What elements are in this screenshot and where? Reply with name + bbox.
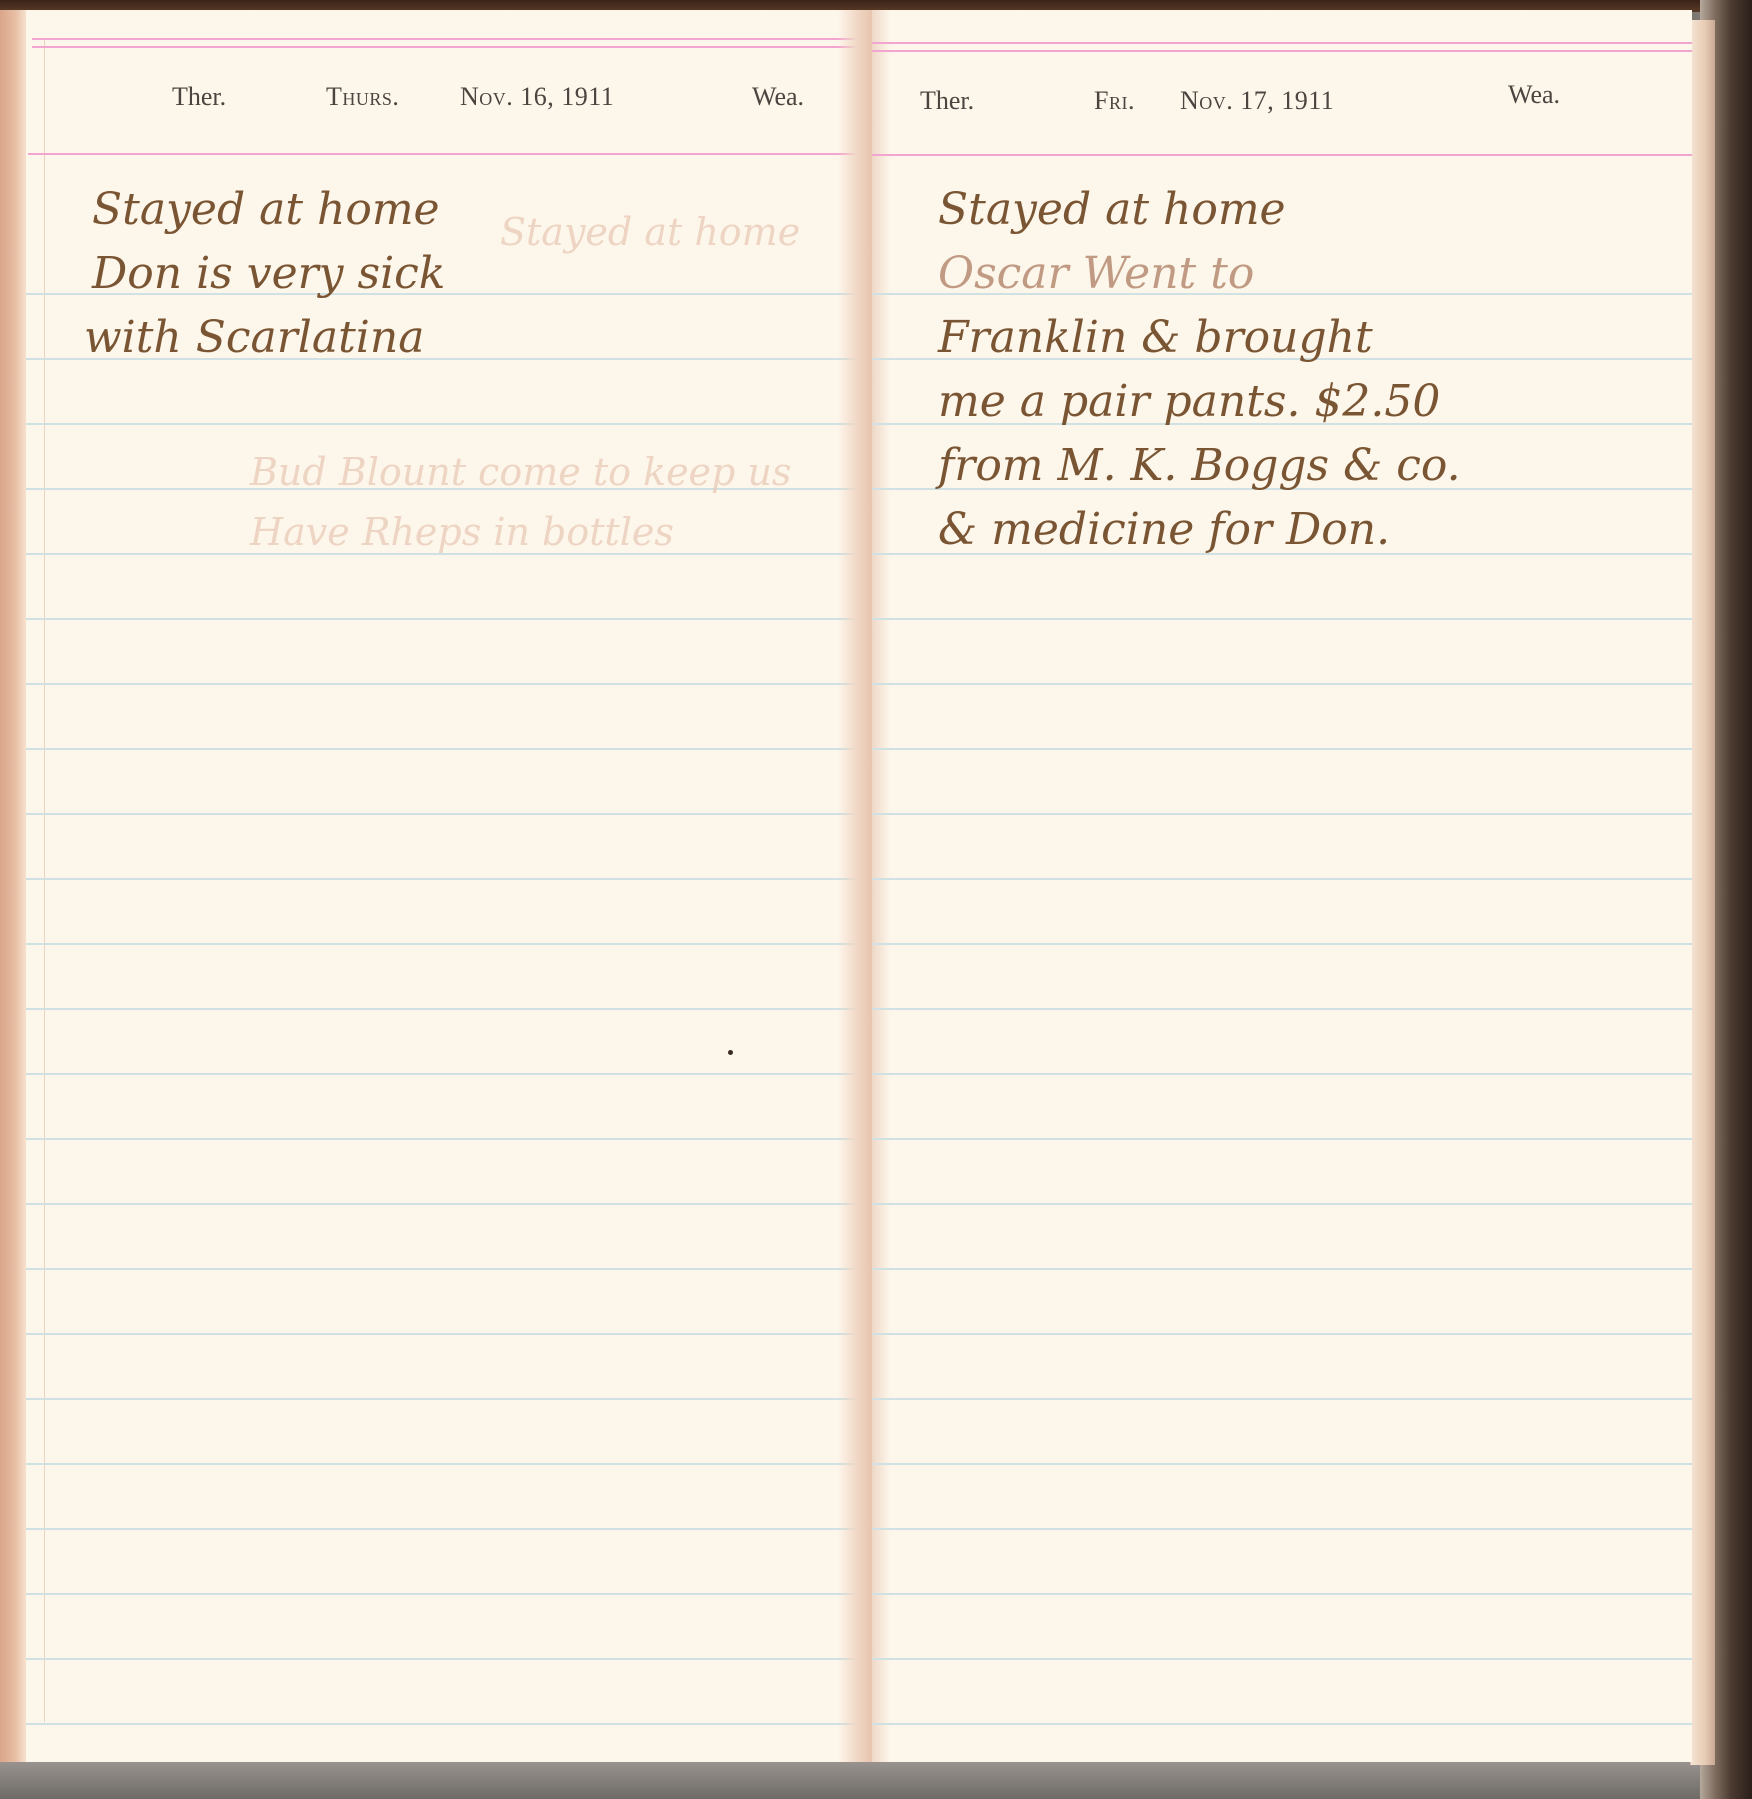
bleed-through-line-2: Have Rheps in bottles: [250, 510, 674, 554]
pink-rule-top-2: [872, 50, 1692, 52]
pink-rule-top-1: [872, 42, 1692, 44]
left-page-edge: [0, 10, 26, 1762]
ink-speck: [728, 1050, 733, 1055]
handwritten-entry: Stayed at home Don is very sick with Sca…: [92, 178, 445, 370]
pink-rule-header-bottom: [872, 154, 1692, 156]
entry-line: Stayed at home: [92, 178, 445, 242]
pink-rule-header-bottom: [28, 153, 872, 155]
thermometer-label: Ther.: [172, 82, 226, 112]
weather-label: Wea.: [1508, 80, 1560, 110]
bleed-through-line-1: Bud Blount come to keep us: [250, 450, 791, 494]
entry-line: Don is very sick: [92, 242, 445, 306]
entry-line: Oscar Went to: [938, 242, 1461, 306]
thermometer-label: Ther.: [920, 86, 974, 116]
weather-label: Wea.: [752, 82, 804, 112]
handwritten-entry: Stayed at home Oscar Went to Franklin & …: [938, 178, 1461, 562]
gutter-shadow: [838, 10, 872, 1762]
scan-bottom-background: [0, 1760, 1752, 1799]
date: Nov. 16, 1911: [460, 82, 614, 112]
diary-page-right: Ther. Fri. Nov. 17, 1911 Wea. Stayed at …: [872, 10, 1692, 1762]
pink-rule-top-2: [32, 46, 872, 48]
pink-rule-top-1: [32, 38, 872, 40]
bleed-through-text: Stayed at home: [500, 210, 800, 254]
weekday: Thurs.: [326, 82, 399, 112]
entry-line: & medicine for Don.: [938, 498, 1461, 562]
page-stack-edge: [1690, 20, 1715, 1765]
date-header: Ther. Thurs. Nov. 16, 1911 Wea.: [0, 82, 872, 122]
diary-page-left: Ther. Thurs. Nov. 16, 1911 Wea. Stayed a…: [0, 10, 872, 1762]
entry-line: with Scarlatina: [84, 306, 445, 370]
date: Nov. 17, 1911: [1180, 86, 1334, 116]
entry-line: Franklin & brought: [938, 306, 1461, 370]
entry-line: me a pair pants. $2.50: [938, 370, 1461, 434]
entry-line: from M. K. Boggs & co.: [938, 434, 1461, 498]
date-header: Ther. Fri. Nov. 17, 1911 Wea.: [872, 86, 1692, 126]
weekday: Fri.: [1094, 86, 1135, 116]
entry-line: Stayed at home: [938, 178, 1461, 242]
